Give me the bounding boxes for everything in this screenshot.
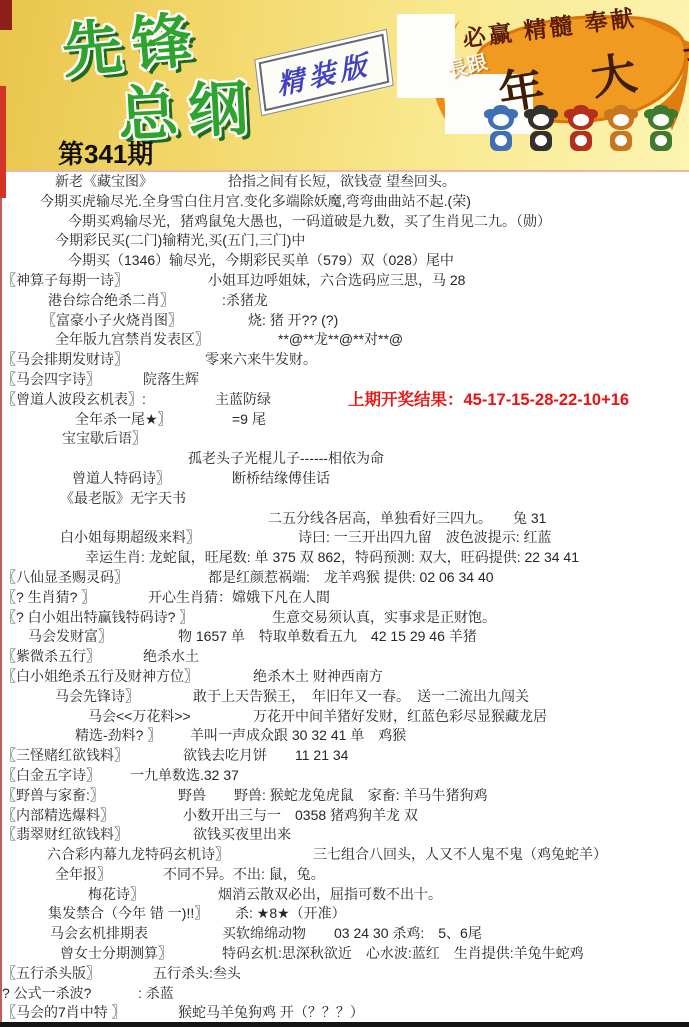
text-line: 〖野兽与家畜:〗野兽 野兽: 猴蛇龙兔虎鼠 家畜: 羊马牛猪狗鸡	[0, 786, 689, 806]
line-label: 〖野兽与家畜:〗	[2, 786, 104, 806]
line-label: 马会<<万花料>>	[88, 707, 191, 727]
text-line: 幸运生肖: 龙蛇鼠，旺尾数: 单 375 双 862，特码预测: 双大，旺码提供…	[0, 548, 689, 568]
line-text: 孤老头子光棍儿子------相依为命	[188, 449, 384, 469]
line-label: 〖紫微杀五行〗	[2, 647, 100, 667]
line-label: 〖马会排期发财诗〗	[2, 350, 128, 370]
line-text: 羊叫一声成众跟 30 32 41 单 鸡猴	[190, 726, 406, 746]
line-label: 〖神算子每期一诗〗	[2, 271, 128, 291]
line-text: 敢于上天告猴王， 年旧年又一春。 送一二流出九闯关	[193, 687, 529, 707]
text-line: 全年报〗不同不异。不出: 鼠，兔。	[0, 865, 689, 885]
text-line: 马会先锋诗〗敢于上天告猴王， 年旧年又一春。 送一二流出九闯关	[0, 687, 689, 707]
line-label: 〖八仙显圣赐灵码〗	[2, 568, 128, 588]
text-line: 曾道人特码诗〗断桥结缘傅佳话	[0, 469, 689, 489]
text-line: 集发禁合（今年 错 一)!!〗杀: ★8★（开准）	[0, 904, 689, 924]
line-text: 拾指之间有长短，欲钱壹 望叁回头。	[228, 172, 456, 192]
issue-number: 第341期	[58, 134, 153, 171]
text-line: 新老《藏宝图》拾指之间有长短，欲钱壹 望叁回头。	[0, 172, 689, 192]
text-line: 马会发财富〗物 1657 单 特取单数看五九 42 15 29 46 羊猪	[0, 627, 689, 647]
line-text: 猴蛇马羊兔狗鸡 开（？？？）	[178, 1003, 364, 1023]
line-label: 《最老版》无字天书	[60, 489, 186, 509]
line-text: 万花开中间羊猪好发财，红蓝色彩尽显猴藏龙居	[253, 707, 547, 727]
line-text: 三七组合八回头，人又不人鬼不鬼（鸡兔蛇羊）	[313, 845, 607, 865]
line-text: 小姐耳边呼姐妹，六合选码应三思，马 28	[208, 271, 465, 291]
text-line: 全年版九宫禁肖发表区〗**@**龙**@**对**@	[0, 330, 689, 350]
line-text: 特码玄机:思深秋欲近 心水波:蓝红 生肖提供:羊兔牛蛇鸡	[222, 944, 584, 964]
text-line: 白小姐每期超级来料〗诗曰: 一三开出四九留 波色波提示: 红蓝	[0, 528, 689, 548]
line-label: 六合彩内幕九龙特码玄机诗〗	[47, 845, 229, 865]
mascot-huanhuan-red-icon	[564, 102, 598, 162]
text-line: 〖三怪赌红欲钱料〗欲钱去吃月饼 11 21 34	[0, 746, 689, 766]
line-text: 一九单数选.32 37	[130, 766, 239, 786]
text-line: 今期买鸡输尽光，猪鸡鼠兔大愚也，一码道破是九数，买了生肖见二九。（勋）	[0, 212, 689, 232]
line-text: 欲钱买夜里出来	[193, 825, 291, 845]
text-line: 曾女士分期测算〗特码玄机:思深秋欲近 心水波:蓝红 生肖提供:羊兔牛蛇鸡	[0, 944, 689, 964]
text-line: 梅花诗〗烟消云散双必出，屈指可数不出十。	[0, 885, 689, 905]
text-line: 〖内部精选爆料〗小数开出三与一 0358 猪鸡狗羊龙 双	[0, 806, 689, 826]
line-label: 马会玄机排期表	[50, 924, 148, 944]
line-label: ? 公式一杀波?	[2, 984, 91, 1004]
text-line: 〖紫微杀五行〗绝杀水土	[0, 647, 689, 667]
line-text: 欲钱去吃月饼 11 21 34	[183, 746, 348, 766]
line-text: 绝杀水土	[143, 647, 199, 667]
line-text: 今期买（1346）输尽光，今期彩民买单（579）双（028）尾中	[68, 251, 454, 271]
line-text: 今期买虎输尽光.全身雪白住月宫.变化多端除妖魔,弯弯曲曲站不起.(荣)	[40, 192, 471, 212]
line-text: 生意交易须认真，实事求是正财饱。	[272, 608, 496, 628]
line-text: 院落生辉	[143, 370, 199, 390]
line-label: 〖? 生肖猜? 〗	[2, 588, 95, 608]
mascot-nini-green-icon	[644, 102, 678, 162]
text-line: 宝宝歇后语〗	[0, 429, 689, 449]
text-line: 〖翡翠财红欲钱料〗欲钱买夜里出来	[0, 825, 689, 845]
line-text: 野兽 野兽: 猴蛇龙兔虎鼠 家畜: 羊马牛猪狗鸡	[178, 786, 488, 806]
text-line: 马会<<万花料>>万花开中间羊猪好发财，红蓝色彩尽显猴藏龙居	[0, 707, 689, 727]
line-label: 新老《藏宝图》	[55, 172, 153, 192]
line-text: 幸运生肖: 龙蛇鼠，旺尾数: 单 375 双 862，特码预测: 双大，旺码提供…	[85, 548, 579, 568]
line-text: 都是红颜惹祸端: 龙羊鸡猴 提供: 02 06 34 40	[208, 568, 494, 588]
line-label: 全年报〗	[55, 865, 111, 885]
line-label: 集发禁合（今年 错 一)!!〗	[48, 904, 208, 924]
line-text: 主蓝防绿	[215, 390, 271, 410]
line-label: 〖马会的7肖中特 〗	[2, 1003, 126, 1023]
bottom-bar	[0, 1022, 689, 1027]
corner-mark	[0, 0, 12, 30]
text-line: 全年杀一尾★〗=9 尾	[0, 410, 689, 430]
line-text: **@**龙**@**对**@	[278, 330, 403, 350]
line-label: 精选-劲料? 〗	[75, 726, 161, 746]
line-label: 白小姐每期超级来料〗	[60, 528, 200, 548]
mascot-yingying-orange-icon	[604, 102, 638, 162]
tip-lines: 新老《藏宝图》拾指之间有长短，欲钱壹 望叁回头。今期买虎输尽光.全身雪白住月宫.…	[0, 172, 689, 1023]
text-line: 〖富豪小子火烧肖图〗烧: 猪 开?? (?)	[0, 311, 689, 331]
line-text: 烧: 猪 开?? (?)	[248, 311, 338, 331]
edition-badge: 精装版	[259, 34, 390, 112]
line-text: 杀: ★8★（开准）	[235, 904, 346, 924]
text-line: 马会玄机排期表买软绵绵动物 03 24 30 杀鸡: 5、6尾	[0, 924, 689, 944]
text-line: 六合彩内幕九龙特码玄机诗〗三七组合八回头，人又不人鬼不鬼（鸡兔蛇羊）	[0, 845, 689, 865]
line-label: 〖翡翠财红欲钱料〗	[2, 825, 128, 845]
line-text: 小数开出三与一 0358 猪鸡狗羊龙 双	[183, 806, 418, 826]
line-text: 诗曰: 一三开出四九留 波色波提示: 红蓝	[298, 528, 552, 548]
text-line: 《最老版》无字天书	[0, 489, 689, 509]
line-text: 五行杀头:叁头	[153, 964, 241, 984]
line-label: 〖曾道人波段玄机表〗:	[2, 390, 146, 410]
line-label: 全年杀一尾★〗	[75, 410, 172, 430]
text-line: 孤老头子光棍儿子------相依为命	[0, 449, 689, 469]
line-text: 零来六来牛发财。	[205, 350, 317, 370]
line-label: 宝宝歇后语〗	[62, 429, 146, 449]
line-text: 今期买鸡输尽光，猪鸡鼠兔大愚也，一码道破是九数，买了生肖见二九。（勋）	[68, 212, 551, 232]
text-line: 今期彩民买(二门)输精光,买(五门,三门)中	[0, 231, 689, 251]
text-line: 今期买（1346）输尽光，今期彩民买单（579）双（028）尾中	[0, 251, 689, 271]
text-line: 〖白小姐绝杀五行及财神方位〗绝杀木土 财神西南方	[0, 667, 689, 687]
line-label: 〖富豪小子火烧肖图〗	[42, 311, 182, 331]
line-label: 〖马会四字诗〗	[2, 370, 100, 390]
line-text: 断桥结缘傅佳话	[232, 469, 330, 489]
line-text: 烟消云散双必出，屈指可数不出十。	[218, 885, 442, 905]
page-logo-top: 先锋	[60, 10, 205, 82]
line-label: 〖白金五字诗〗	[2, 766, 100, 786]
text-line: 〖马会的7肖中特 〗猴蛇马羊兔狗鸡 开（？？？）	[0, 1003, 689, 1023]
line-label: 全年版九宫禁肖发表区〗	[55, 330, 209, 350]
text-line: 精选-劲料? 〗羊叫一声成众跟 30 32 41 单 鸡猴	[0, 726, 689, 746]
line-text: 开心生肖猜：嫦娥下凡在人間	[148, 588, 330, 608]
text-line: 〖神算子每期一诗〗小姐耳边呼姐妹，六合选码应三思，马 28	[0, 271, 689, 291]
masthead: 先锋 总纲 精装版 必赢 精髓 奉献 長跟 年 大 吉 第341期	[0, 0, 689, 172]
line-label: 〖? 白小姐出特赢钱特码诗? 〗	[2, 608, 193, 628]
line-text: 物 1657 单 特取单数看五九 42 15 29 46 羊猪	[178, 627, 477, 647]
text-line: 今期买虎输尽光.全身雪白住月宫.变化多端除妖魔,弯弯曲曲站不起.(荣)	[0, 192, 689, 212]
line-label: 〖三怪赌红欲钱料〗	[2, 746, 128, 766]
mascot-beibei-blue-icon	[484, 102, 518, 162]
line-text: 二五分线各居高，单独看好三四九。 兔 31	[268, 509, 546, 529]
line-label: 马会先锋诗〗	[55, 687, 139, 707]
line-text: =9 尾	[232, 410, 266, 430]
line-text: 买软绵绵动物 03 24 30 杀鸡: 5、6尾	[222, 924, 482, 944]
text-line: 〖白金五字诗〗一九单数选.32 37	[0, 766, 689, 786]
line-label: 梅花诗〗	[88, 885, 144, 905]
text-line: 〖五行杀头版〗五行杀头:叁头	[0, 964, 689, 984]
text-line: 二五分线各居高，单独看好三四九。 兔 31	[0, 509, 689, 529]
line-text: 今期彩民买(二门)输精光,买(五门,三门)中	[55, 231, 305, 251]
line-text: :杀猪龙	[222, 291, 268, 311]
text-line: ? 公式一杀波?: 杀蓝	[0, 984, 689, 1004]
line-text: : 杀蓝	[138, 984, 174, 1004]
text-line: 港台综合绝杀二肖〗:杀猪龙	[0, 291, 689, 311]
line-label: 马会发财富〗	[28, 627, 112, 647]
line-label: 〖五行杀头版〗	[2, 964, 100, 984]
text-line: 〖? 白小姐出特赢钱特码诗? 〗生意交易须认真，实事求是正财饱。	[0, 608, 689, 628]
previous-draw-result: 上期开奖结果：45-17-15-28-22-10+16	[348, 386, 629, 410]
line-label: 〖内部精选爆料〗	[2, 806, 114, 826]
text-line: 〖八仙显圣赐灵码〗都是红颜惹祸端: 龙羊鸡猴 提供: 02 06 34 40	[0, 568, 689, 588]
mascot-row	[484, 98, 686, 162]
line-text: 绝杀木土 财神西南方	[253, 667, 383, 687]
line-label: 曾女士分期测算〗	[60, 944, 172, 964]
mascot-jingjing-panda-icon	[524, 102, 558, 162]
text-line: 〖? 生肖猜? 〗开心生肖猜：嫦娥下凡在人間	[0, 588, 689, 608]
text-line: 〖马会排期发财诗〗零来六来牛发财。	[0, 350, 689, 370]
line-text: 不同不异。不出: 鼠，兔。	[163, 865, 325, 885]
line-label: 港台综合绝杀二肖〗	[48, 291, 174, 311]
line-label: 曾道人特码诗〗	[72, 469, 170, 489]
line-label: 〖白小姐绝杀五行及财神方位〗	[2, 667, 198, 687]
